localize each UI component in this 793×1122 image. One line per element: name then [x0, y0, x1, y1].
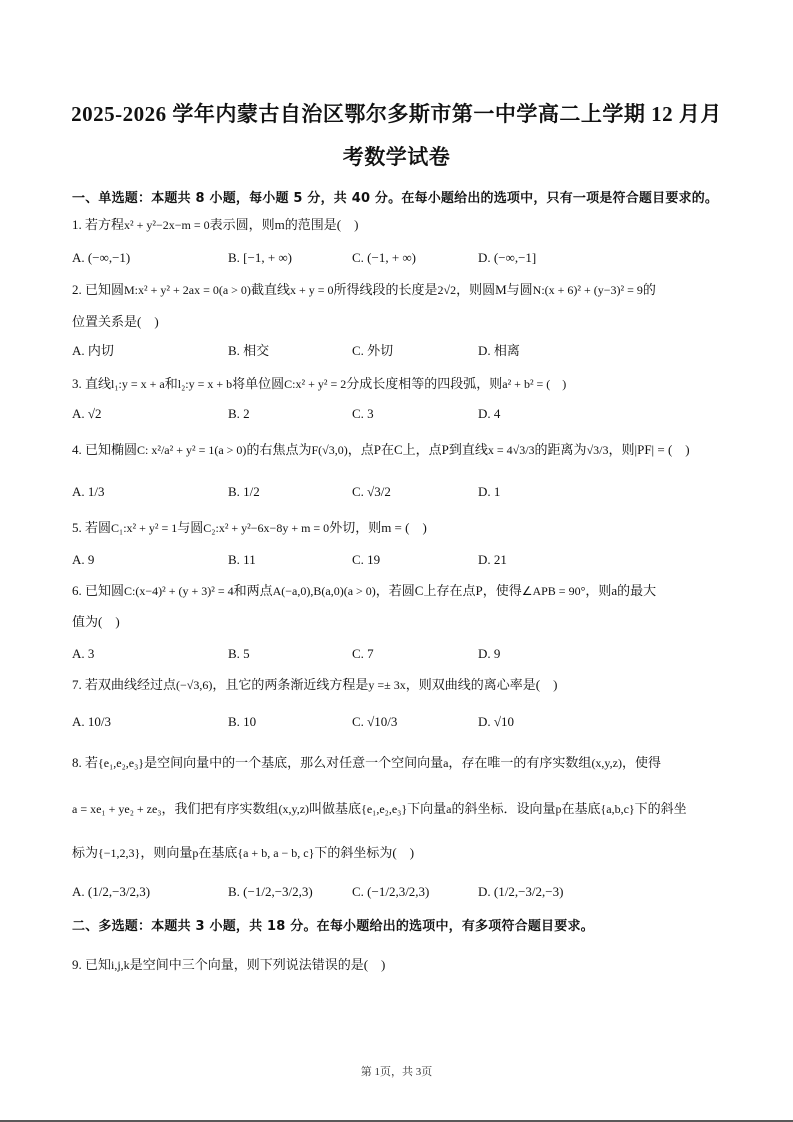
question-1-option-d: D. (−∞,−1] [478, 250, 536, 266]
question-8-stem: 8. 若{e₁,e₂,e₃}是空间向量中的一个基底，那么对任意一个空间向量a，存… [72, 755, 661, 771]
question-7-option-b: B. 10 [228, 714, 256, 730]
question-8-option-d: D. (1/2,−3/2,−3) [478, 884, 563, 900]
question-4-option-d: D. 1 [478, 484, 500, 500]
question-2-option-a: A. 内切 [72, 343, 114, 359]
question-6-option-d: D. 9 [478, 646, 500, 662]
question-6-option-b: B. 5 [228, 646, 250, 662]
question-3-option-c: C. 3 [352, 406, 374, 422]
question-3-stem: 3. 直线l₁:y = x + a和l₂:y = x + b将单位圆C:x² +… [72, 376, 566, 392]
question-1-option-a: A. (−∞,−1) [72, 250, 130, 266]
exam-page: 2025-2026 学年内蒙古自治区鄂尔多斯市第一中学高二上学期 12 月月 考… [0, 0, 793, 1122]
question-4-option-c: C. √3/2 [352, 484, 391, 500]
question-6-option-a: A. 3 [72, 646, 94, 662]
question-5-option-a: A. 9 [72, 552, 94, 568]
question-4-stem: 4. 已知椭圆C: x²/a² + y² = 1(a > 0)的右焦点为F(√3… [72, 442, 690, 458]
question-1-stem: 1. 若方程x² + y²−2x−m = 0表示圆，则m的范围是( ) [72, 217, 358, 233]
question-6-stem: 6. 已知圆C:(x−4)² + (y + 3)² = 4和两点A(−a,0),… [72, 583, 656, 599]
question-2-option-c: C. 外切 [352, 343, 393, 359]
exam-title-line1: 2025-2026 学年内蒙古自治区鄂尔多斯市第一中学高二上学期 12 月月 [0, 98, 793, 128]
question-8-option-c: C. (−1/2,3/2,3) [352, 884, 429, 900]
question-6-stem-line2: 值为( ) [72, 614, 120, 630]
question-2-option-b: B. 相交 [228, 343, 269, 359]
question-5-option-d: D. 21 [478, 552, 507, 568]
question-5-stem: 5. 若圆C₁:x² + y² = 1与圆C₂:x² + y²−6x−8y + … [72, 520, 427, 536]
page-footer: 第 1页，共 3页 [0, 1063, 793, 1079]
question-8-stem-line3: 标为{−1,2,3}，则向量p在基底{a + b, a − b, c}下的斜坐标… [72, 845, 414, 861]
question-number: 1. [72, 217, 82, 232]
question-8-option-b: B. (−1/2,−3/2,3) [228, 884, 313, 900]
question-4-option-b: B. 1/2 [228, 484, 260, 500]
question-8-option-a: A. (1/2,−3/2,3) [72, 884, 150, 900]
question-6-option-c: C. 7 [352, 646, 374, 662]
question-4-option-a: A. 1/3 [72, 484, 105, 500]
section-heading-multiple-choice: 二、多选题：本题共 3 小题，共 18 分。在每小题给出的选项中，有多项符合题目… [72, 915, 594, 934]
question-8-stem-line2: a = xe₁ + ye₂ + ze₃，我们把有序实数组(x,y,z)叫做基底{… [72, 801, 687, 817]
question-2-stem-line2: 位置关系是( ) [72, 314, 159, 330]
question-7-option-d: D. √10 [478, 714, 514, 730]
question-3-option-d: D. 4 [478, 406, 500, 422]
question-1-option-c: C. (−1, + ∞) [352, 250, 416, 266]
question-7-option-a: A. 10/3 [72, 714, 111, 730]
question-5-option-b: B. 11 [228, 552, 256, 568]
question-9-stem: 9. 已知i,j,k是空间中三个向量，则下列说法错误的是( ) [72, 957, 385, 973]
math-expression: x² + y²−2x−m = 0 [124, 218, 210, 232]
question-7-option-c: C. √10/3 [352, 714, 397, 730]
question-2-option-d: D. 相离 [478, 343, 520, 359]
question-3-option-b: B. 2 [228, 406, 250, 422]
exam-title-line2: 考数学试卷 [0, 141, 793, 171]
section-heading-single-choice: 一、单选题：本题共 8 小题，每小题 5 分，共 40 分。在每小题给出的选项中… [72, 187, 718, 206]
question-2-stem: 2. 已知圆M:x² + y² + 2ax = 0(a > 0)截直线x + y… [72, 282, 656, 298]
question-1-option-b: B. [−1, + ∞) [228, 250, 292, 266]
question-5-option-c: C. 19 [352, 552, 380, 568]
question-3-option-a: A. √2 [72, 406, 102, 422]
question-7-stem: 7. 若双曲线经过点(−√3,6)，且它的两条渐近线方程是y =± 3x，则双曲… [72, 677, 557, 693]
